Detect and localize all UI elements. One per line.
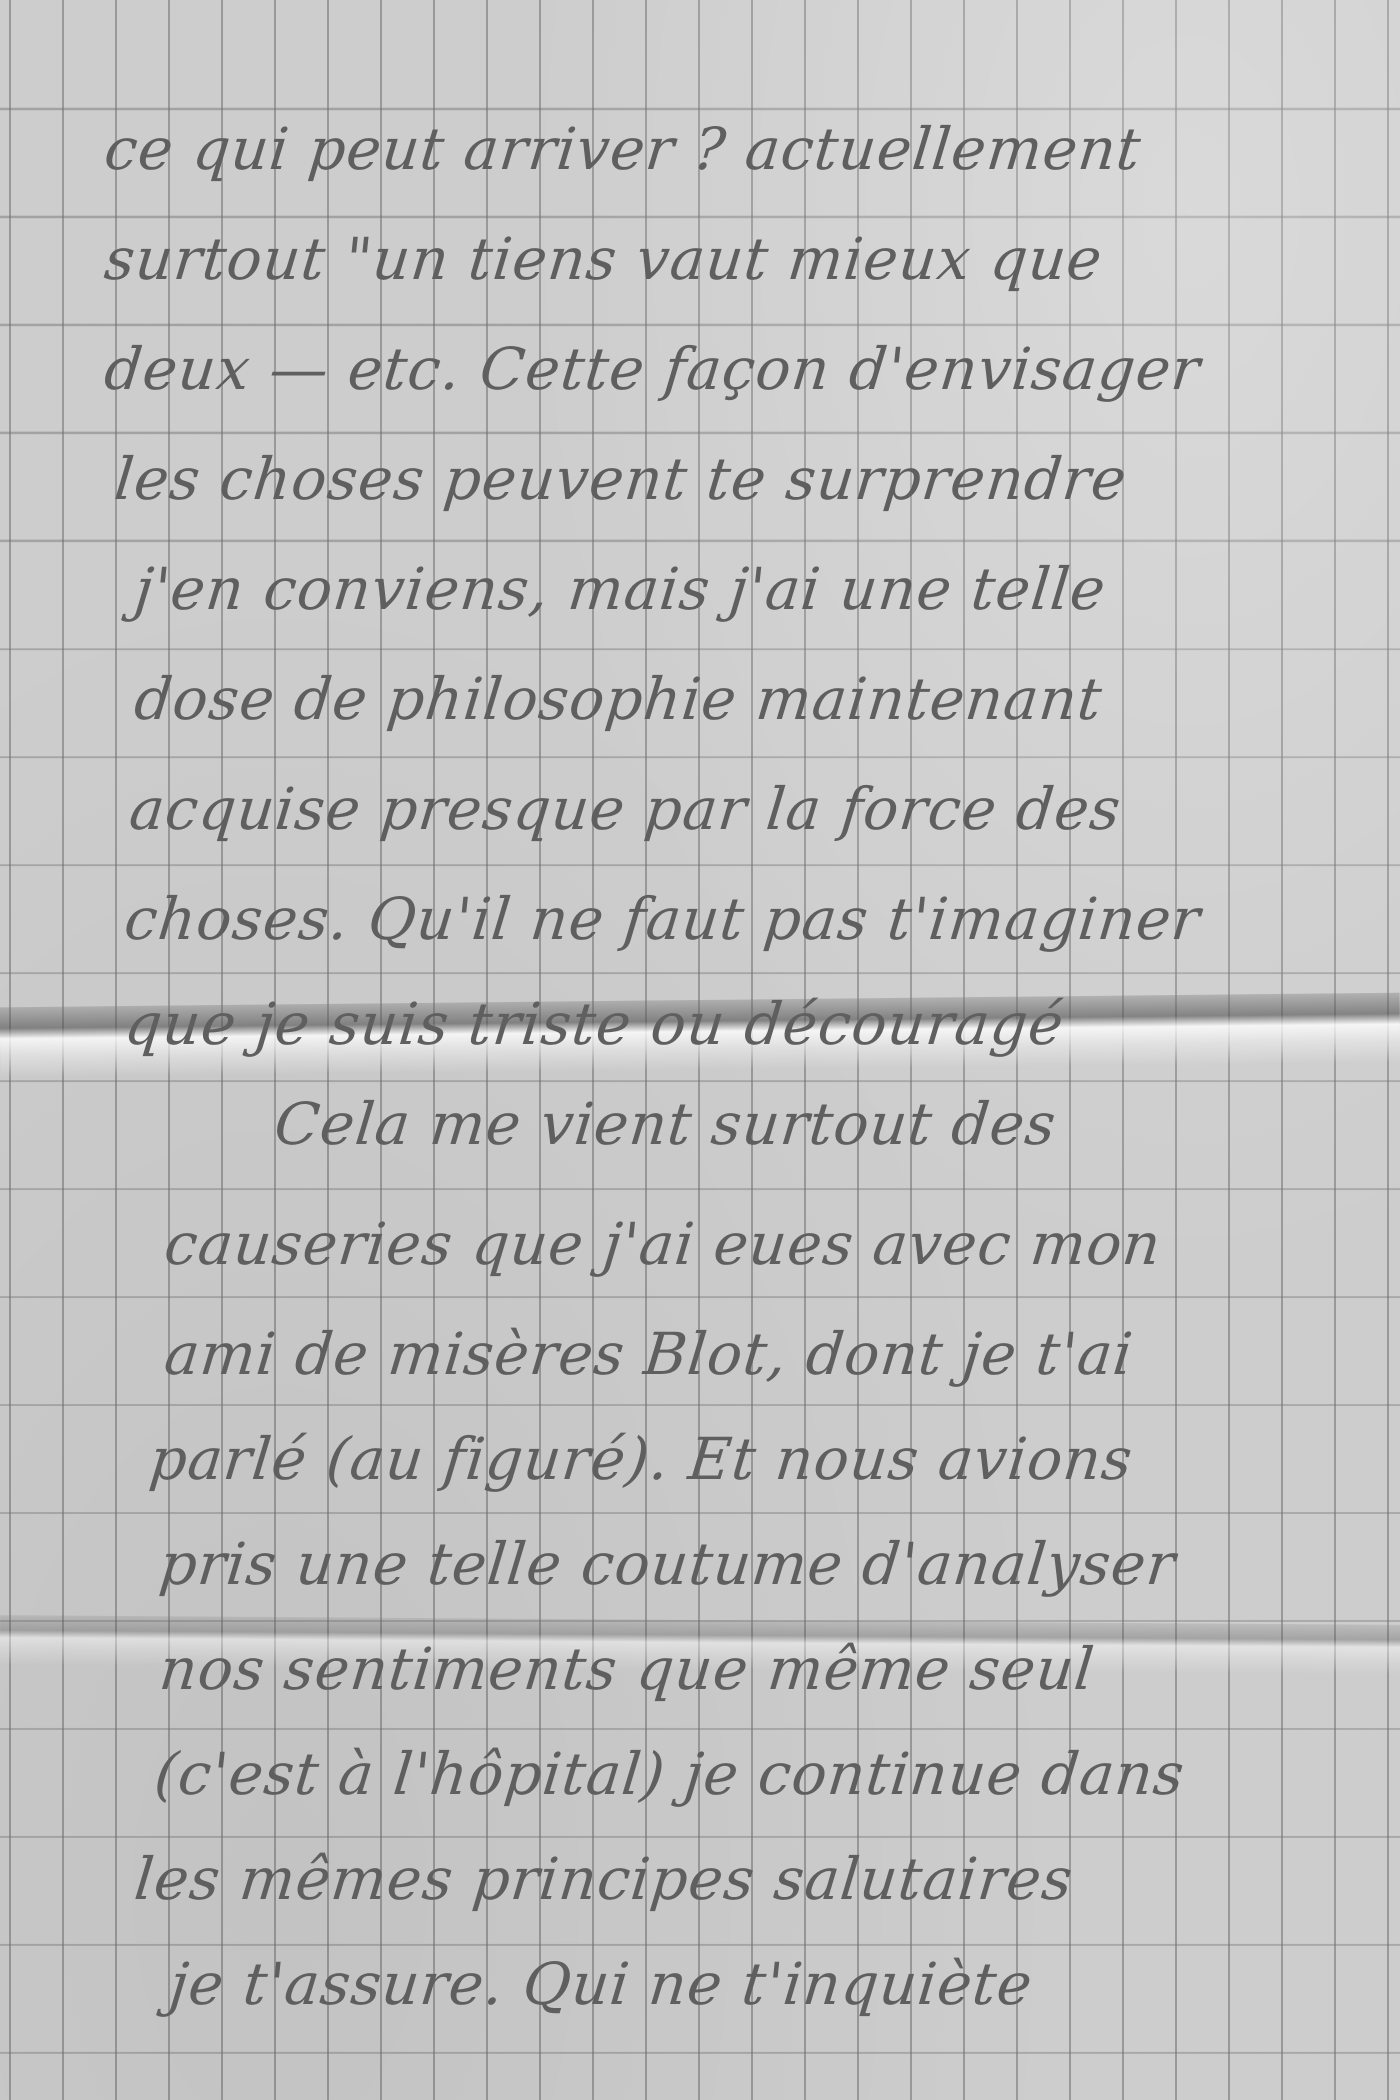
handwritten-line: Cela me vient surtout des [271,1090,1059,1158]
letter-page: ce qui peut arriver ? actuellement surto… [0,0,1400,2100]
handwritten-line: dose de philosophie maintenant [131,665,1105,733]
handwritten-line: (c'est à l'hôpital) je continue dans [151,1740,1188,1808]
handwritten-line: les mêmes principes salutaires [131,1845,1076,1913]
handwritten-line: que je suis triste ou découragé [121,990,1067,1058]
handwritten-line: parlé (au figuré). Et nous avions [146,1425,1136,1493]
handwritten-line: acquise presque par la force des [126,775,1124,843]
handwritten-line: surtout "un tiens vaut mieux que [101,225,1106,293]
handwritten-line: ce qui peut arriver ? actuellement [101,115,1144,183]
handwritten-line: nos sentiments que même seul [156,1635,1097,1703]
handwritten-line: causeries que j'ai eues avec mon [161,1210,1164,1278]
handwritten-line: ami de misères Blot, dont je t'ai [161,1320,1136,1388]
handwritten-line: choses. Qu'il ne faut pas t'imaginer [121,885,1204,953]
handwritten-line: je t'assure. Qui ne t'inquiète [166,1950,1036,2018]
handwritten-line: les choses peuvent te surprendre [111,445,1130,513]
handwritten-line: pris une telle coutume d'analyser [156,1530,1179,1598]
handwritten-line: j'en conviens, mais j'ai une telle [131,555,1109,623]
handwritten-line: deux — etc. Cette façon d'envisager [101,335,1203,403]
